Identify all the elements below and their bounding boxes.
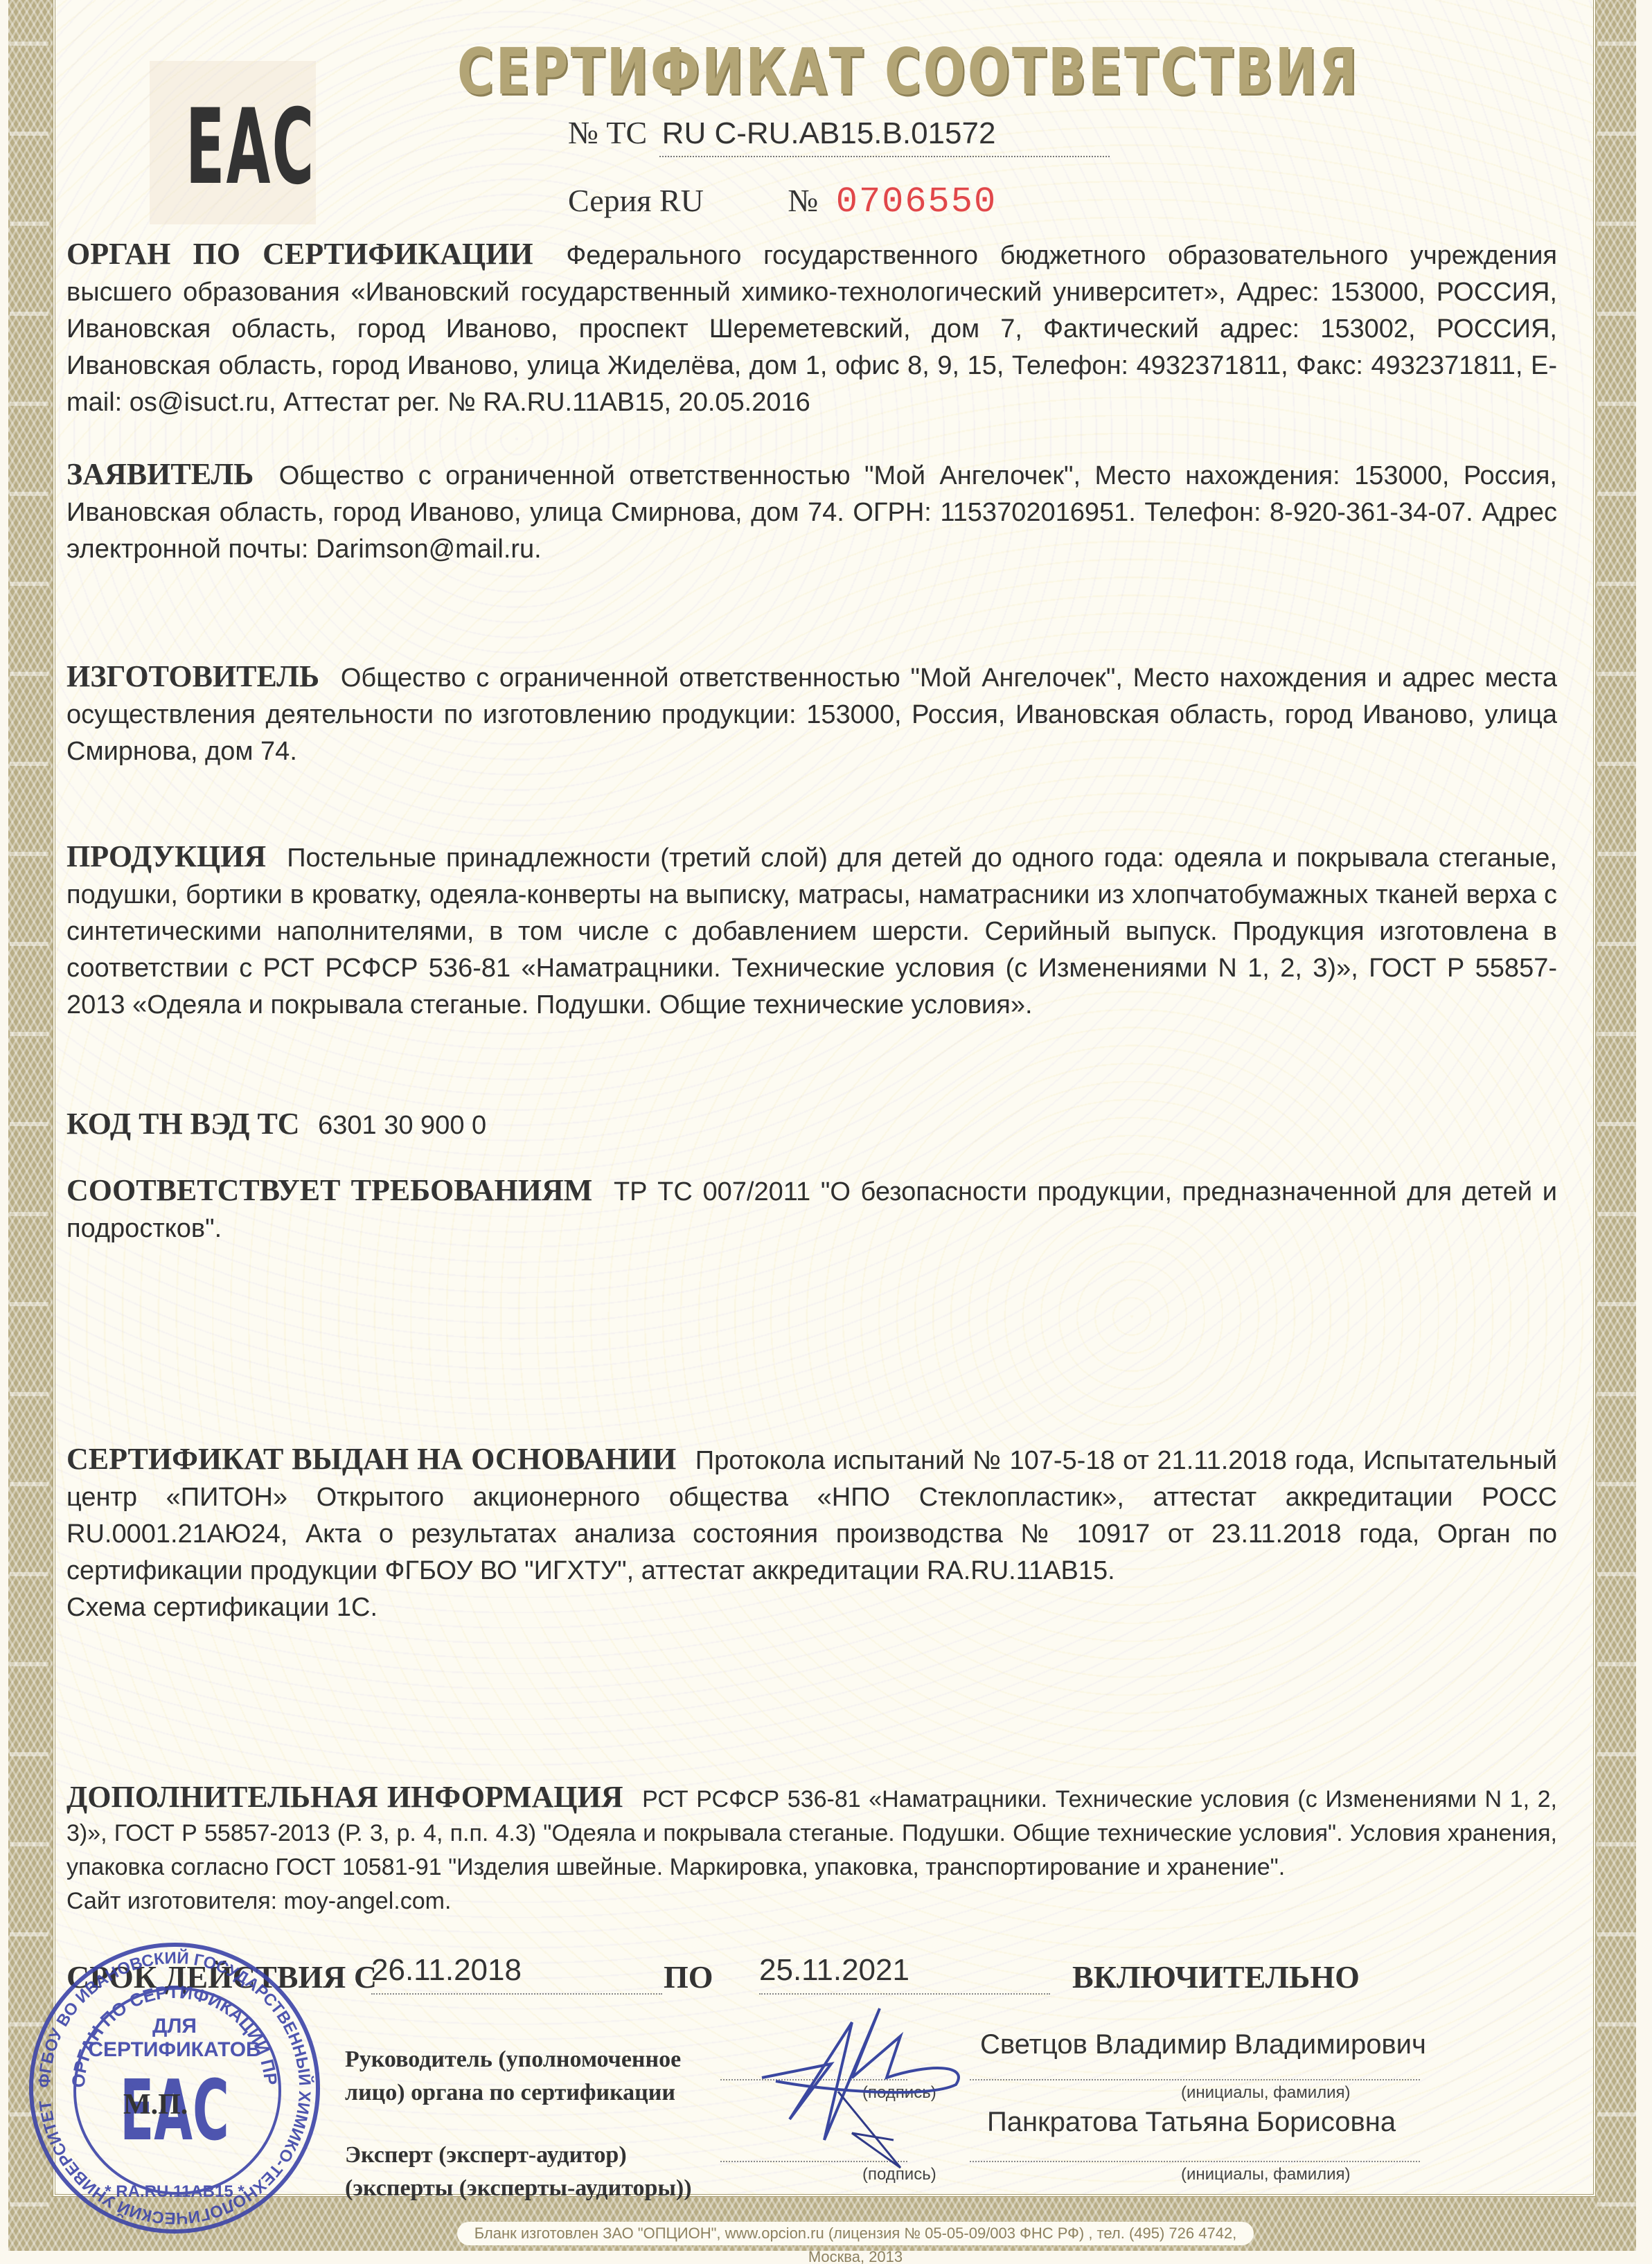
head-signer-label-line1: Руководитель (уполномоченное — [345, 2043, 681, 2076]
expert-signer-label-line1: Эксперт (эксперт-аудитор) — [345, 2139, 692, 2172]
seal-place-label: М.П. — [123, 2088, 188, 2121]
series-line: Серия RU № 0706550 — [568, 181, 997, 222]
stamp-center-line1: ДЛЯ — [33, 2015, 316, 2038]
section-certification-body: ОРГАН ПО СЕРТИФИКАЦИИ Федерального госуд… — [66, 235, 1557, 421]
handwritten-signature — [748, 1995, 997, 2175]
section-label: КОД ТН ВЭД ТС — [66, 1107, 300, 1141]
head-signer-name: Светцов Владимир Владимирович — [980, 2029, 1426, 2060]
section-label: СООТВЕТСТВУЕТ ТРЕБОВАНИЯМ — [66, 1173, 592, 1207]
expert-signer-label-line2: (эксперты (эксперты-аудиторы)) — [345, 2172, 692, 2205]
validity-to-date: 25.11.2021 — [759, 1953, 909, 1988]
manufacturer-site: Сайт изготовителя: moy-angel.com. — [66, 1884, 1557, 1918]
head-signer-label: Руководитель (уполномоченное лицо) орган… — [345, 2043, 681, 2110]
expert-name-caption: (инициалы, фамилия) — [1181, 2165, 1351, 2184]
stamp-accreditation: * RA.RU.11AB15 * — [33, 2182, 316, 2202]
section-issued-basis: СЕРТИФИКАТ ВЫДАН НА ОСНОВАНИИ Протокола … — [66, 1441, 1557, 1626]
section-tn-ved-code: КОД ТН ВЭД ТС 6301 30 900 0 — [66, 1105, 1557, 1144]
expert-name-line — [970, 2161, 1420, 2162]
border-wave-left — [10, 0, 48, 2251]
tc-number-value: RU C-RU.AB15.B.01572 — [662, 116, 996, 150]
certification-scheme: Схема сертификации 1С. — [66, 1589, 1557, 1626]
section-additional-info: ДОПОЛНИТЕЛЬНАЯ ИНФОРМАЦИЯ РСТ РСФСР 536-… — [66, 1780, 1557, 1918]
head-signer-label-line2: лицо) органа по сертификации — [345, 2076, 681, 2110]
serial-number-value: 0706550 — [836, 181, 997, 222]
serial-number-label: № — [788, 183, 818, 218]
section-product: ПРОДУКЦИЯ Постельные принадлежности (тре… — [66, 838, 1557, 1024]
eac-logo-text: ЕАС — [186, 87, 315, 208]
border-wave-right — [1597, 0, 1636, 2251]
certificate-title: СЕРТИФИКАТ СООТВЕТСТВИЯ — [457, 35, 1040, 109]
section-label: ИЗГОТОВИТЕЛЬ — [66, 659, 319, 693]
expert-signer-label: Эксперт (эксперт-аудитор) (эксперты (экс… — [345, 2139, 692, 2205]
tc-number-line: № ТС RU C-RU.AB15.B.01572 — [568, 114, 995, 151]
printer-note: Бланк изготовлен ЗАО "ОПЦИОН", www.opcio… — [457, 2222, 1254, 2245]
section-conforms-requirements: СООТВЕТСТВУЕТ ТРЕБОВАНИЯМ ТР ТС 007/2011… — [66, 1172, 1557, 1247]
section-text: 6301 30 900 0 — [318, 1111, 486, 1140]
head-name-line — [970, 2079, 1420, 2080]
validity-from-underline — [371, 1993, 662, 1995]
validity-inclusive-label: ВКЛЮЧИТЕЛЬНО — [1072, 1959, 1360, 1995]
section-label: ПРОДУКЦИЯ — [66, 839, 266, 873]
series-label: Серия RU — [568, 183, 704, 218]
eac-logo: ЕАС — [150, 61, 316, 224]
section-manufacturer: ИЗГОТОВИТЕЛЬ Общество с ограниченной отв… — [66, 658, 1557, 770]
section-label: СЕРТИФИКАТ ВЫДАН НА ОСНОВАНИИ — [66, 1442, 676, 1476]
tc-number-label: № ТС — [568, 115, 647, 150]
tc-number-underline — [659, 156, 1110, 157]
stamp-center-line2: СЕРТИФИКАТОВ — [33, 2038, 316, 2062]
section-applicant: ЗАЯВИТЕЛЬ Общество с ограниченной ответс… — [66, 456, 1557, 568]
section-text: Общество с ограниченной ответственностью… — [66, 461, 1557, 564]
validity-to-label: ПО — [664, 1959, 713, 1995]
section-label: ЗАЯВИТЕЛЬ — [66, 457, 254, 491]
head-name-caption: (инициалы, фамилия) — [1181, 2083, 1351, 2103]
section-label: ДОПОЛНИТЕЛЬНАЯ ИНФОРМАЦИЯ — [66, 1780, 623, 1814]
section-label: ОРГАН ПО СЕРТИФИКАЦИИ — [66, 237, 533, 271]
validity-from-date: 26.11.2018 — [371, 1953, 522, 1988]
expert-signer-name: Панкратова Татьяна Борисовна — [987, 2107, 1396, 2138]
section-text: Постельные принадлежности (третий слой) … — [66, 844, 1557, 1019]
